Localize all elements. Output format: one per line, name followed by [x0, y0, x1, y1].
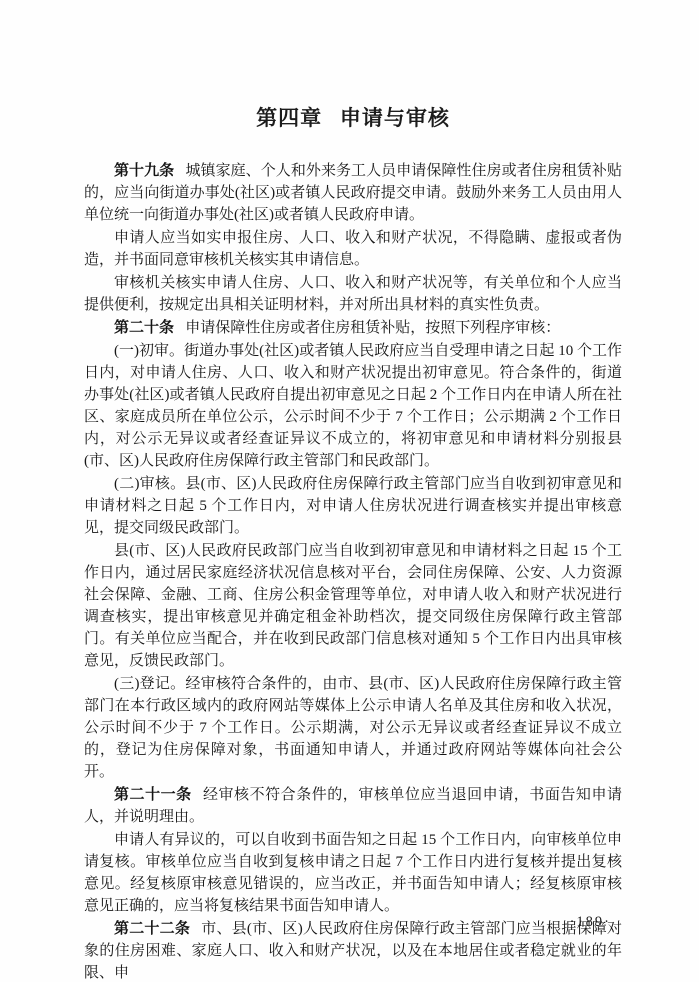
paragraph-text: (三)登记。经审核符合条件的，由市、县(市、区)人民政府住房保障行政主管部门在本… [84, 676, 622, 780]
article-20-number: 第二十条 [114, 318, 174, 336]
paragraph: 审核机关核实申请人住房、人口、收入和财产状况等，有关单位和个人应当提供便利，按规… [84, 271, 622, 316]
chapter-number: 第四章 [256, 106, 322, 130]
paragraph-article-21: 第二十一条经审核不符合条件的，审核单位应当退回申请，书面告知申请人，并说明理由。 [84, 783, 622, 828]
paragraph: 申请人有异议的，可以自收到书面告知之日起 15 个工作日内，向审核单位申请复核。… [84, 828, 622, 917]
paragraph-article-20: 第二十条申请保障性住房或者住房租赁补贴，按照下列程序审核： [84, 316, 622, 339]
paragraph-item-2: (二)审核。县(市、区)人民政府住房保障行政主管部门应当自收到初审意见和申请材料… [84, 472, 622, 539]
paragraph-text: 县(市、区)人民政府民政部门应当自收到初审意见和申请材料之日起 15 个工作日内… [84, 543, 622, 669]
paragraph-text: 申请保障性住房或者住房租赁补贴，按照下列程序审核： [185, 320, 560, 336]
article-22-number: 第二十二条 [114, 919, 190, 937]
article-19-number: 第十九条 [114, 161, 174, 179]
chapter-title: 申请与审核 [340, 106, 450, 130]
paragraph: 申请人应当如实申报住房、人口、收入和财产状况，不得隐瞒、虚报或者伪造，并书面同意… [84, 226, 622, 271]
paragraph-article-22: 第二十二条市、县(市、区)人民政府住房保障行政主管部门应当根据保障对象的住房困难… [84, 917, 622, 982]
article-21-number: 第二十一条 [114, 785, 192, 803]
chapter-heading: 第四章申请与审核 [84, 103, 622, 133]
paragraph-article-19: 第十九条城镇家庭、个人和外来务工人员申请保障性住房或者住房租赁补贴的，应当向街道… [84, 159, 622, 226]
document-page: 第四章申请与审核 第十九条城镇家庭、个人和外来务工人员申请保障性住房或者住房租赁… [0, 0, 699, 982]
document-body: 第十九条城镇家庭、个人和外来务工人员申请保障性住房或者住房租赁补贴的，应当向街道… [84, 159, 622, 982]
document-content: 第四章申请与审核 第十九条城镇家庭、个人和外来务工人员申请保障性住房或者住房租赁… [84, 103, 622, 982]
paragraph-item-3: (三)登记。经审核符合条件的，由市、县(市、区)人民政府住房保障行政主管部门在本… [84, 672, 622, 783]
paragraph-item-1: (一)初审。街道办事处(社区)或者镇人民政府应当自受理申请之日起 10 个工作日… [84, 339, 622, 472]
paragraph-text: (一)初审。街道办事处(社区)或者镇人民政府应当自受理申请之日起 10 个工作日… [84, 343, 622, 469]
paragraph-text: 审核机关核实申请人住房、人口、收入和财产状况等，有关单位和个人应当提供便利，按规… [84, 275, 622, 313]
page-number: ·189· [570, 914, 611, 931]
paragraph: 县(市、区)人民政府民政部门应当自收到初审意见和申请材料之日起 15 个工作日内… [84, 539, 622, 672]
paragraph-text: (二)审核。县(市、区)人民政府住房保障行政主管部门应当自收到初审意见和申请材料… [84, 476, 622, 536]
paragraph-text: 申请人应当如实申报住房、人口、收入和财产状况，不得隐瞒、虚报或者伪造，并书面同意… [84, 230, 622, 268]
paragraph-text: 申请人有异议的，可以自收到书面告知之日起 15 个工作日内，向审核单位申请复核。… [84, 832, 622, 914]
